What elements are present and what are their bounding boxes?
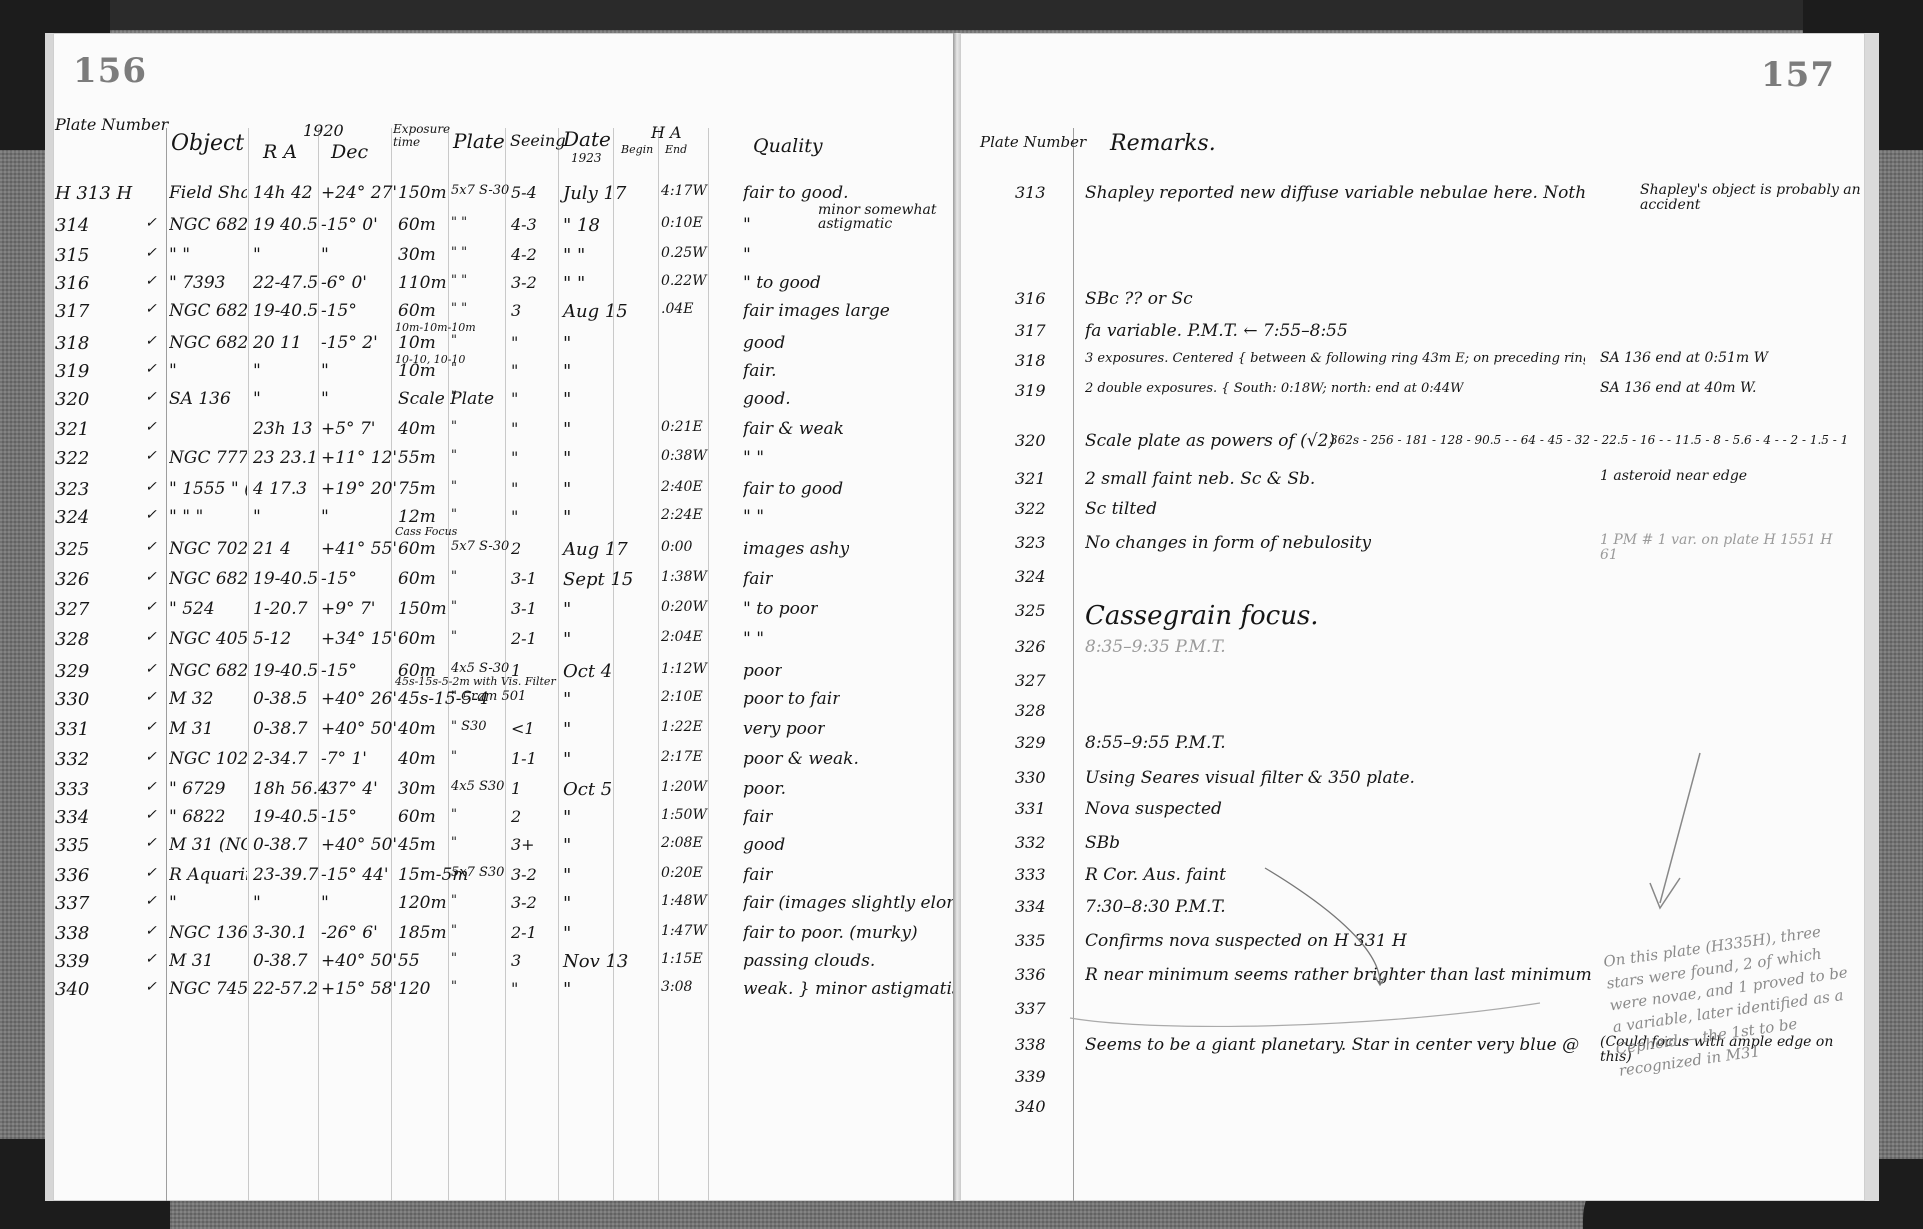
cell-exposure: Scale Plate — [398, 389, 494, 409]
cell-check: ✓ — [145, 951, 157, 967]
header-quality: Quality — [753, 135, 823, 157]
column-rule — [613, 128, 614, 1201]
cell-exposure-note: Cass Focus — [395, 525, 457, 538]
cell-ha-end: 3:08 — [661, 979, 692, 995]
cell-date: " — [563, 893, 571, 914]
cell-ra: 20 11 — [253, 333, 302, 353]
cell-plate-type: " — [451, 569, 457, 584]
header-date-year: 1923 — [571, 151, 602, 165]
cell-quality: " to poor — [743, 599, 818, 619]
cell-seeing: " — [511, 333, 518, 352]
header-ha-end: End — [665, 143, 687, 156]
cell-dec: +24° 27' — [321, 183, 397, 203]
header-ha-begin: Begin — [621, 143, 653, 156]
cell-ra: 2-34.7 — [253, 749, 307, 769]
cell-check: ✓ — [145, 923, 157, 939]
cell-date: " " — [563, 245, 585, 266]
cell-dec: " — [321, 389, 329, 409]
cell-seeing: 2-1 — [511, 923, 537, 942]
cell-quality: " " — [743, 448, 764, 468]
cell-quality: " " — [743, 629, 764, 649]
cell-dec: +40° 50' — [321, 951, 397, 971]
cell-seeing: " — [511, 507, 518, 526]
cell-ra: 0-38.5 — [253, 689, 307, 709]
cell-ra: 23h 13 — [253, 419, 313, 439]
cell-ra: 21 4 — [253, 539, 291, 559]
cell-exposure: 60m — [398, 215, 436, 235]
cell-plate-type: " — [451, 807, 457, 822]
cell-date: " — [563, 507, 571, 528]
cell-quality: fair (images slightly elong. — [743, 893, 953, 913]
cell-object: M 31 (NGC 224) — [169, 835, 247, 855]
cell-check: ✓ — [145, 807, 157, 823]
cell-ha-end: 0:00 — [661, 539, 692, 555]
cell-exposure: 120 — [398, 979, 430, 999]
cell-plate-type: 5x7 S30 — [451, 865, 504, 880]
header-ha: H A — [651, 123, 682, 142]
cell-date: Aug 17 — [563, 539, 628, 560]
cell-plate-type: " — [451, 599, 457, 614]
cell-dec: -15° — [321, 807, 357, 827]
cell-plate: H 313 H — [55, 183, 132, 204]
cell-seeing: " — [511, 448, 518, 467]
cell-object: " 1555 " (T Tauri) — [169, 479, 247, 499]
cell-ha-end: 1:20W — [661, 779, 707, 795]
cell-plate-type: 4x5 S30 — [451, 779, 504, 794]
cell-check: ✓ — [145, 779, 157, 795]
cell-check: ✓ — [145, 689, 157, 705]
cell-exposure: 60m — [398, 807, 436, 827]
cell-check: ✓ — [145, 419, 157, 435]
cell-exposure: 60m — [398, 539, 436, 559]
cell-check: ✓ — [145, 333, 157, 349]
cell-plate: 323 — [55, 479, 89, 500]
cell-dec: -15° — [321, 301, 357, 321]
cell-ha-end: 2:10E — [661, 689, 703, 705]
cell-plate-type: " S30 — [451, 719, 487, 734]
cell-plate: 330 — [55, 689, 89, 710]
cell-quality: images ashy — [743, 539, 849, 559]
cell-date: " — [563, 719, 571, 740]
cell-plate: 324 — [55, 507, 89, 528]
cell-ha-end: 0.25W — [661, 245, 707, 261]
cell-ra: " — [253, 361, 261, 381]
cell-plate-type: " — [451, 923, 457, 938]
cell-date: Aug 15 — [563, 301, 628, 322]
cell-seeing: 4-2 — [511, 245, 537, 264]
header-plate-number: Plate Number — [55, 115, 168, 134]
annotation-arrows — [960, 33, 1865, 1201]
cell-check: ✓ — [145, 245, 157, 261]
cell-object: M 32 — [169, 689, 213, 709]
cell-exposure: 75m — [398, 479, 436, 499]
cell-dec: -15° 44' — [321, 865, 389, 885]
cell-plate: 335 — [55, 835, 89, 856]
cell-ha-end: 2:17E — [661, 749, 703, 765]
cell-exposure: 55m — [398, 448, 436, 468]
cell-dec: -15° 0' — [321, 215, 378, 235]
cell-ha-end: 2:04E — [661, 629, 703, 645]
cell-check: ✓ — [145, 389, 157, 405]
cell-ha-end: 1:50W — [661, 807, 707, 823]
cell-plate-type: " — [451, 361, 457, 376]
cell-quality: " — [743, 215, 751, 235]
cell-check: ✓ — [145, 629, 157, 645]
cell-ra: 19 40.5 — [253, 215, 318, 235]
cell-exposure: 60m — [398, 569, 436, 589]
cell-check: ✓ — [145, 599, 157, 615]
cell-quality: poor — [743, 661, 782, 681]
cell-check: ✓ — [145, 569, 157, 585]
cell-exposure: 30m — [398, 779, 436, 799]
cell-object: R Aquarii — [169, 865, 247, 885]
cell-date: Oct 4 — [563, 661, 612, 682]
cell-quality: fair to good. — [743, 183, 849, 203]
cell-object: NGC 405 (BD+34°980) — [169, 629, 247, 649]
cell-quality: fair images large — [743, 301, 890, 321]
cell-dec: -15° — [321, 661, 357, 681]
cell-quality: good. — [743, 389, 791, 409]
cell-plate-type: " " — [451, 215, 467, 230]
cell-date: " — [563, 389, 571, 410]
cell-dec: +19° 20' — [321, 479, 397, 499]
cell-object: M 31 — [169, 719, 213, 739]
cell-plate: 314 — [55, 215, 89, 236]
cell-quality: " — [743, 245, 751, 265]
cell-object: M 31 — [169, 951, 213, 971]
cell-plate-type: " — [451, 893, 457, 908]
cell-plate: 329 — [55, 661, 89, 682]
cell-dec: +40° 50' — [321, 835, 397, 855]
cell-dec: +40° 50' — [321, 719, 397, 739]
cell-check: ✓ — [145, 539, 157, 555]
cell-dec: " — [321, 245, 329, 265]
right-page: 157 Plate Number Remarks. 313Shapley rep… — [960, 33, 1879, 1201]
cell-plate-note: with Vis. Filter — [473, 675, 556, 688]
cell-object: " 6729 — [169, 779, 226, 799]
column-rule — [658, 128, 659, 1201]
cell-exposure: 40m — [398, 749, 436, 769]
side-note-astigmatic: minor somewhat astigmatic — [818, 203, 938, 231]
cell-ra: 19-40.5 — [253, 661, 318, 681]
cell-quality: poor to fair — [743, 689, 840, 709]
cell-dec: -6° 0' — [321, 273, 367, 293]
cell-plate: 315 — [55, 245, 89, 266]
cell-quality: good — [743, 333, 785, 353]
cell-dec: +40° 26' — [321, 689, 397, 709]
cell-exposure: 150m — [398, 599, 447, 619]
cell-plate-type: 5x7 S-30 — [451, 183, 509, 198]
cell-exposure: 30m — [398, 245, 436, 265]
cell-exposure: 120m — [398, 893, 447, 913]
cell-plate-type: " — [451, 629, 457, 644]
cell-date: " — [563, 419, 571, 440]
cell-seeing: " — [511, 419, 518, 438]
cell-plate-type: " — [451, 389, 457, 404]
column-rule — [391, 128, 392, 1201]
cell-plate-type: " — [451, 507, 457, 522]
cell-check: ✓ — [145, 215, 157, 231]
cell-seeing: 3-1 — [511, 599, 537, 618]
cell-date: " — [563, 835, 571, 856]
cell-plate-type: " — [451, 979, 457, 994]
cell-quality: fair to good — [743, 479, 843, 499]
cell-exposure: 45m — [398, 835, 436, 855]
cell-quality: fair & weak — [743, 419, 844, 439]
cell-plate: 322 — [55, 448, 89, 469]
cell-plate: 317 — [55, 301, 89, 322]
cell-check: ✓ — [145, 361, 157, 377]
cell-plate-type: " — [451, 835, 457, 850]
cell-plate-type: " " — [451, 301, 467, 316]
cell-ha-end: 1:47W — [661, 923, 707, 939]
cell-exposure: 110m — [398, 273, 447, 293]
cell-quality: " to good — [743, 273, 821, 293]
cell-exposure: 10m — [398, 333, 436, 353]
cell-dec: +41° 55' — [321, 539, 397, 559]
cell-date: " — [563, 448, 571, 469]
cell-exposure: 60m — [398, 301, 436, 321]
cell-object: " " — [169, 245, 190, 265]
cell-ra: 14h 42 — [253, 183, 313, 203]
cell-ha-end: 0:20W — [661, 599, 707, 615]
cell-object: NGC 1360 — [169, 923, 247, 943]
cell-dec: " — [321, 361, 329, 381]
cell-dec: -15° — [321, 569, 357, 589]
cell-object: NGC 6822 — [169, 215, 247, 235]
column-rule — [448, 128, 449, 1201]
cell-ha-end: 1:12W — [661, 661, 707, 677]
cell-date: " — [563, 923, 571, 944]
cell-plate-type: 4x5 S-30 — [451, 661, 509, 676]
cell-check: ✓ — [145, 273, 157, 289]
cell-check: ✓ — [145, 979, 157, 995]
cell-date: " " — [563, 273, 585, 294]
cell-object: SA 136 — [169, 389, 231, 409]
cell-object: NGC 7771 (uncatalog) — [169, 448, 247, 468]
cell-date: July 17 — [563, 183, 626, 204]
cell-plate-type: " — [451, 448, 457, 463]
cell-ra: 19-40.5 — [253, 807, 318, 827]
cell-date: Oct 5 — [563, 779, 612, 800]
cell-seeing: 3-2 — [511, 865, 537, 884]
cell-plate: 327 — [55, 599, 89, 620]
cell-quality: fair to poor. (murky) — [743, 923, 918, 943]
cell-ha-end: 0:20E — [661, 865, 703, 881]
cell-ra: 23 23.1 — [253, 448, 318, 468]
cell-ra: " — [253, 389, 261, 409]
cell-date: " — [563, 807, 571, 828]
cell-seeing: " — [511, 979, 518, 998]
cell-check: ✓ — [145, 479, 157, 495]
cell-date: " — [563, 689, 571, 710]
cell-dec: -26° 6' — [321, 923, 378, 943]
cell-check: ✓ — [145, 719, 157, 735]
cell-plate-type: " " — [451, 273, 467, 288]
cell-object: " 6822 — [169, 807, 226, 827]
cell-check: ✓ — [145, 893, 157, 909]
cell-check: ✓ — [145, 749, 157, 765]
cell-ra: " — [253, 245, 261, 265]
cell-exposure: 60m — [398, 629, 436, 649]
cell-exposure: 10m — [398, 361, 436, 381]
column-rule — [248, 128, 249, 1201]
cell-date: " — [563, 599, 571, 620]
cell-object: " 524 — [169, 599, 215, 619]
cell-seeing: 2 — [511, 539, 521, 558]
cell-quality: poor & weak. — [743, 749, 859, 769]
cell-seeing: 3-2 — [511, 273, 537, 292]
cell-exposure: 40m — [398, 419, 436, 439]
column-rule — [558, 128, 559, 1201]
cell-object: " — [169, 893, 177, 913]
header-seeing: Seeing — [510, 131, 566, 150]
cell-ra: 18h 56.4 — [253, 779, 329, 799]
cell-ra: 23-39.7 — [253, 865, 318, 885]
cell-ha-end: 0:21E — [661, 419, 703, 435]
cell-date: " — [563, 361, 571, 382]
cell-ra: 19-40.5 — [253, 301, 318, 321]
cell-check: ✓ — [145, 448, 157, 464]
cell-check: ✓ — [145, 661, 157, 677]
cell-dec: +15° 58' — [321, 979, 397, 999]
cell-object: NGC 1022 — [169, 749, 247, 769]
cell-plate-type: " — [451, 951, 457, 966]
cell-plate-type: " Cram 501 — [451, 689, 526, 704]
cell-seeing: 1-1 — [511, 749, 537, 768]
cell-dec: +11° 12' — [321, 448, 397, 468]
cell-dec: +5° 7' — [321, 419, 375, 439]
cell-object: Field Shapley — [169, 183, 247, 203]
header-plate: Plate — [453, 129, 505, 153]
cell-ra: 3-30.1 — [253, 923, 307, 943]
cell-plate: 319 — [55, 361, 89, 382]
page-number: 156 — [73, 51, 147, 91]
cell-date: " — [563, 749, 571, 770]
cell-quality: very poor — [743, 719, 825, 739]
cell-quality: poor. — [743, 779, 786, 799]
cell-plate: 325 — [55, 539, 89, 560]
cell-exposure: 12m — [398, 507, 436, 527]
cell-plate: 318 — [55, 333, 89, 354]
cell-ra: 0-38.7 — [253, 835, 307, 855]
cell-quality: fair — [743, 807, 773, 827]
column-rule — [708, 128, 709, 1201]
cell-seeing: 3-1 — [511, 569, 537, 588]
cell-plate: 320 — [55, 389, 89, 410]
cell-dec: -7° 1' — [321, 749, 367, 769]
cell-ha-end: 2:40E — [661, 479, 703, 495]
cell-exposure: 40m — [398, 719, 436, 739]
cell-plate: 337 — [55, 893, 89, 914]
cell-date: " — [563, 479, 571, 500]
cell-ha-end: 2:24E — [661, 507, 703, 523]
cell-seeing: " — [511, 389, 518, 408]
cell-plate: 338 — [55, 923, 89, 944]
cell-ra: 22-57.2 — [253, 979, 318, 999]
cell-ha-end: 2:08E — [661, 835, 703, 851]
header-exposure: Exposure time — [393, 123, 448, 149]
cell-plate: 339 — [55, 951, 89, 972]
header-dec: Dec — [331, 141, 368, 163]
cell-quality: fair — [743, 865, 773, 885]
cell-ra: 19-40.5 — [253, 569, 318, 589]
cell-exposure-note: 45s-15s-5-2m — [395, 675, 470, 688]
cell-ha-end: 1:15E — [661, 951, 703, 967]
cell-ha-end: 1:22E — [661, 719, 703, 735]
cell-object: " 7393 — [169, 273, 226, 293]
cell-date: " — [563, 629, 571, 650]
cell-plate-type: " — [451, 479, 457, 494]
cell-dec: +34° 15' — [321, 629, 397, 649]
cell-seeing: 1 — [511, 779, 521, 798]
cell-plate-type: " " — [451, 245, 467, 260]
cell-ra: 5-12 — [253, 629, 291, 649]
cell-exposure: 150m — [398, 183, 447, 203]
cell-plate-type: " — [451, 749, 457, 764]
cell-quality: passing clouds. — [743, 951, 875, 971]
cell-date: " — [563, 979, 571, 1000]
cell-seeing: " — [511, 361, 518, 380]
cell-object: NGC 6822 — [169, 569, 247, 589]
cell-seeing: 3 — [511, 951, 521, 970]
cell-ha-end: 4:17W — [661, 183, 707, 199]
cell-seeing: 2-1 — [511, 629, 537, 648]
cell-seeing: " — [511, 479, 518, 498]
cell-plate-type: " — [451, 419, 457, 434]
header-ra: R A — [263, 141, 297, 163]
cell-ha-end: 1:48W — [661, 893, 707, 909]
cell-date: " 18 — [563, 215, 600, 236]
cell-quality: weak. } minor astigmatism — [743, 979, 953, 999]
cell-ra: 22-47.5 — [253, 273, 318, 293]
cell-ra: 1-20.7 — [253, 599, 307, 619]
cell-date: Nov 13 — [563, 951, 628, 972]
cell-quality: fair. — [743, 361, 777, 381]
cell-ra: 0-38.7 — [253, 951, 307, 971]
cell-seeing: 2 — [511, 807, 521, 826]
cell-quality: fair — [743, 569, 773, 589]
cell-plate: 336 — [55, 865, 89, 886]
cell-ra: " — [253, 507, 261, 527]
cell-quality: good — [743, 835, 785, 855]
cell-plate: 321 — [55, 419, 89, 440]
column-rule — [166, 128, 167, 1201]
left-page: 156 Plate Number Object R A 1920 Dec Exp… — [45, 33, 965, 1201]
cell-ra: 0-38.7 — [253, 719, 307, 739]
cell-object: NGC 6822 — [169, 661, 247, 681]
cell-date: " — [563, 333, 571, 354]
cell-dec: -37° 4' — [321, 779, 378, 799]
cell-seeing: 5-4 — [511, 183, 537, 202]
cell-date: Sept 15 — [563, 569, 633, 590]
cell-plate: 328 — [55, 629, 89, 650]
cell-check: ✓ — [145, 835, 157, 851]
cell-object: NGC 7027 — [169, 539, 247, 559]
cell-dec: +9° 7' — [321, 599, 375, 619]
cell-exposure: 185m — [398, 923, 447, 943]
book-cover-top-edge — [0, 0, 1923, 30]
cell-exposure: 55 — [398, 951, 420, 971]
cell-object: NGC 6822 — [169, 301, 247, 321]
cell-dec: " — [321, 507, 329, 527]
cell-plate-type: " — [451, 333, 457, 348]
cell-seeing: 3+ — [511, 835, 535, 854]
cell-object: NGC 6822 S.A. 136 — [169, 333, 247, 353]
cell-ha-end: 0:10E — [661, 215, 703, 231]
cell-plate: 340 — [55, 979, 89, 1000]
cell-plate: 334 — [55, 807, 89, 828]
